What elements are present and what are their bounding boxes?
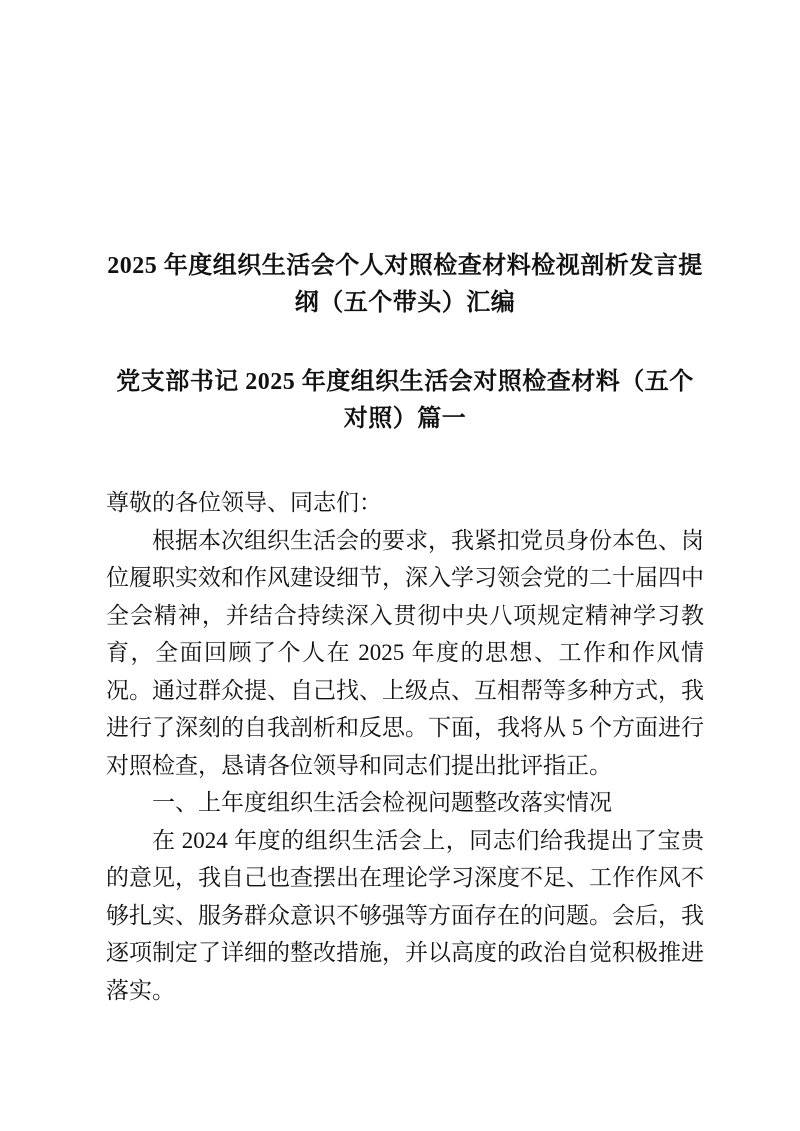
document-page: 2025 年度组织生活会个人对照检查材料检视剖析发言提纲（五个带头）汇编 党支部… [0, 0, 800, 1131]
paragraph-overview: 根据本次组织生活会的要求，我紧扣党员身份本色、岗位履职实效和作风建设细节，深入学… [106, 522, 704, 785]
salutation-line: 尊敬的各位领导、同志们： [106, 484, 704, 522]
paragraph-section-one-heading: 一、上年度组织生活会检视问题整改落实情况 [106, 784, 704, 822]
section-heading: 党支部书记 2025 年度组织生活会对照检查材料（五个对照）篇一 [106, 364, 704, 438]
document-body: 尊敬的各位领导、同志们： 根据本次组织生活会的要求，我紧扣党员身份本色、岗位履职… [106, 484, 704, 1009]
document-content: 2025 年度组织生活会个人对照检查材料检视剖析发言提纲（五个带头）汇编 党支部… [0, 0, 800, 1009]
document-title: 2025 年度组织生活会个人对照检查材料检视剖析发言提纲（五个带头）汇编 [106, 248, 704, 322]
paragraph-rectification: 在 2024 年度的组织生活会上，同志们给我提出了宝贵的意见，我自己也查摆出在理… [106, 822, 704, 1010]
